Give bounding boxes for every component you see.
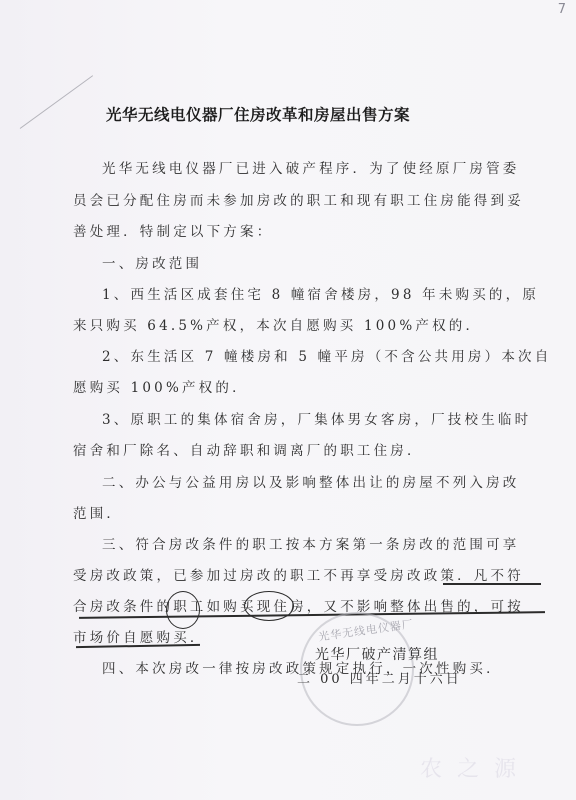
handwritten-circle [166, 591, 200, 629]
paragraph-line: 愿购买 100%产权的． [73, 376, 249, 396]
section-heading: 二、办公与公益用房以及影响整体出让的房屋不列入房改 [102, 471, 520, 491]
section-heading: 三、符合房改条件的职工按本方案第一条房改的范围可享 [102, 533, 520, 553]
paragraph-line: 来只购买 64.5%产权，本次自愿购买 100%产权的． [73, 314, 482, 334]
paragraph-line: 宿舍和厂除名、自动辞职和调离厂的职工住房． [73, 439, 424, 459]
paragraph-line: 受房改政策，已参加过房改的职工不再享受房改政策．凡不符 [73, 564, 524, 584]
signer-name: 光华厂破产清算组 [315, 644, 439, 664]
section-heading: 一、房改范围 [102, 252, 202, 272]
paragraph-line: 范围． [73, 502, 123, 522]
page-number: 7 [558, 2, 566, 17]
paragraph-line: 光华无线电仪器厂已进入破产程序．为了使经原厂房管委 [102, 157, 520, 177]
document-title: 光华无线电仪器厂住房改革和房屋出售方案 [106, 103, 410, 125]
watermark: 农 之 源 [420, 752, 520, 783]
paragraph-line: 市场价自愿购买． [73, 626, 207, 646]
paragraph-line: 2、东生活区 7 幢楼房和 5 幢平房（不含公共用房）本次自 [102, 345, 551, 365]
paragraph-line: 1、西生活区成套住宅 8 幢宿舍楼房，98 年未购买的，原 [102, 283, 539, 303]
paragraph-line: 3、原职工的集体宿舍房，厂集体男女客房，厂技校生临时 [102, 408, 531, 428]
signature-date: 二 00 四年二月十六日 [297, 668, 462, 687]
document-page: 7 光华无线电仪器厂住房改革和房屋出售方案 光华无线电仪器厂已进入破产程序．为了… [0, 0, 576, 800]
handwritten-underline [443, 583, 541, 585]
handwritten-circle [244, 591, 294, 621]
paragraph-line: 员会已分配住房而未参加房改的职工和现有职工住房能得到妥 [73, 189, 524, 209]
paragraph-line: 善处理．特制定以下方案： [73, 220, 273, 240]
pen-stroke-mark [20, 75, 93, 129]
